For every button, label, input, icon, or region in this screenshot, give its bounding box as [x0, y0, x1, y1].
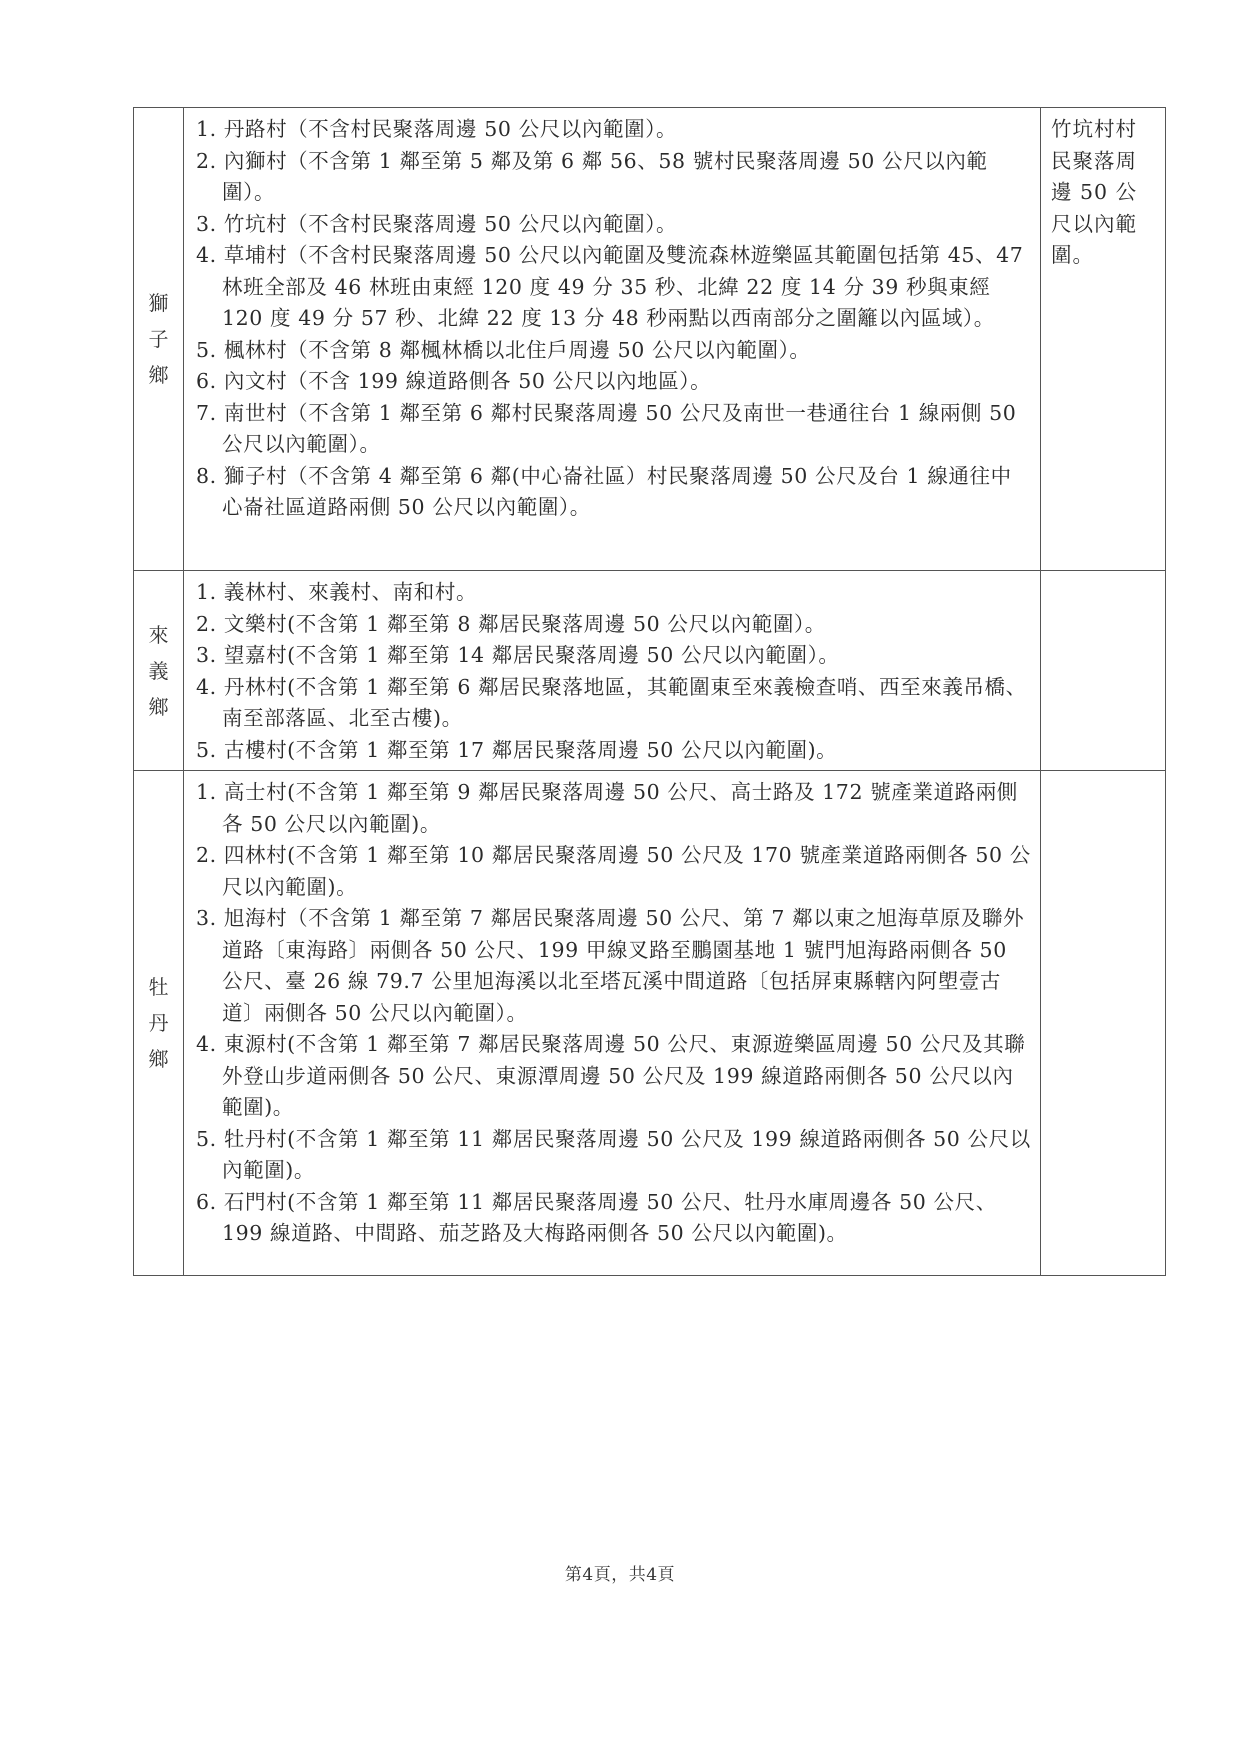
list-item: 6. 石門村(不含第 1 鄰至第 11 鄰居民聚落周邊 50 公尺、牡丹水庫周邊…: [196, 1187, 1032, 1250]
list-item: 2. 文樂村(不含第 1 鄰至第 8 鄰居民聚落周邊 50 公尺以內範圍）。: [196, 609, 1032, 641]
list-item: 3. 旭海村（不含第 1 鄰至第 7 鄰居民聚落周邊 50 公尺、第 7 鄰以東…: [196, 903, 1032, 1029]
village-list: 1. 義林村、來義村、南和村。 2. 文樂村(不含第 1 鄰至第 8 鄰居民聚落…: [184, 571, 1040, 770]
table-row: 牡丹鄉 1. 高士村(不含第 1 鄰至第 9 鄰居民聚落周邊 50 公尺、高士路…: [134, 771, 1166, 1276]
village-list: 1. 丹路村（不含村民聚落周邊 50 公尺以內範圍）。 2. 內獅村（不含第 1…: [184, 108, 1040, 528]
list-item: 8. 獅子村（不含第 4 鄰至第 6 鄰(中心崙社區）村民聚落周邊 50 公尺及…: [196, 461, 1032, 524]
list-item: 2. 內獅村（不含第 1 鄰至第 5 鄰及第 6 鄰 56、58 號村民聚落周邊…: [196, 146, 1032, 209]
page-number: 第4頁，共4頁: [0, 1560, 1240, 1585]
town-cell: 牡丹鄉: [134, 771, 184, 1276]
list-item: 3. 望嘉村(不含第 1 鄰至第 14 鄰居民聚落周邊 50 公尺以內範圍）。: [196, 640, 1032, 672]
town-name: 牡丹鄉: [147, 969, 171, 1077]
note-cell: [1041, 571, 1166, 771]
list-item: 1. 高士村(不含第 1 鄰至第 9 鄰居民聚落周邊 50 公尺、高士路及 17…: [196, 777, 1032, 840]
list-item: 4. 草埔村（不含村民聚落周邊 50 公尺以內範圍及雙流森林遊樂區其範圍包括第 …: [196, 240, 1032, 335]
list-item: 4. 丹林村(不含第 1 鄰至第 6 鄰居民聚落地區，其範圍東至來義檢查哨、西至…: [196, 672, 1032, 735]
note-cell: [1041, 771, 1166, 1276]
content-cell: 1. 高士村(不含第 1 鄰至第 9 鄰居民聚落周邊 50 公尺、高士路及 17…: [184, 771, 1041, 1276]
town-cell: 獅子鄉: [134, 108, 184, 571]
list-item: 1. 丹路村（不含村民聚落周邊 50 公尺以內範圍）。: [196, 114, 1032, 146]
list-item: 5. 楓林村（不含第 8 鄰楓林橋以北住戶周邊 50 公尺以內範圍）。: [196, 335, 1032, 367]
list-item: 3. 竹坑村（不含村民聚落周邊 50 公尺以內範圍）。: [196, 209, 1032, 241]
list-item: 4. 東源村(不含第 1 鄰至第 7 鄰居民聚落周邊 50 公尺、東源遊樂區周邊…: [196, 1029, 1032, 1124]
list-item: 5. 牡丹村(不含第 1 鄰至第 11 鄰居民聚落周邊 50 公尺及 199 線…: [196, 1124, 1032, 1187]
content-cell: 1. 丹路村（不含村民聚落周邊 50 公尺以內範圍）。 2. 內獅村（不含第 1…: [184, 108, 1041, 571]
content-cell: 1. 義林村、來義村、南和村。 2. 文樂村(不含第 1 鄰至第 8 鄰居民聚落…: [184, 571, 1041, 771]
note-text: 竹坑村村民聚落周邊 50 公尺以內範圍。: [1051, 114, 1157, 272]
table-row: 來義鄉 1. 義林村、來義村、南和村。 2. 文樂村(不含第 1 鄰至第 8 鄰…: [134, 571, 1166, 771]
town-name: 獅子鄉: [147, 285, 171, 393]
table-row: 獅子鄉 1. 丹路村（不含村民聚落周邊 50 公尺以內範圍）。 2. 內獅村（不…: [134, 108, 1166, 571]
list-item: 1. 義林村、來義村、南和村。: [196, 577, 1032, 609]
town-name: 來義鄉: [147, 617, 171, 725]
list-item: 5. 古樓村(不含第 1 鄰至第 17 鄰居民聚落周邊 50 公尺以內範圍)。: [196, 735, 1032, 767]
village-list: 1. 高士村(不含第 1 鄰至第 9 鄰居民聚落周邊 50 公尺、高士路及 17…: [184, 771, 1040, 1254]
town-cell: 來義鄉: [134, 571, 184, 771]
regulation-table: 獅子鄉 1. 丹路村（不含村民聚落周邊 50 公尺以內範圍）。 2. 內獅村（不…: [133, 107, 1166, 1276]
note-cell: 竹坑村村民聚落周邊 50 公尺以內範圍。: [1041, 108, 1166, 571]
list-item: 7. 南世村（不含第 1 鄰至第 6 鄰村民聚落周邊 50 公尺及南世一巷通往台…: [196, 398, 1032, 461]
list-item: 6. 內文村（不含 199 線道路側各 50 公尺以內地區）。: [196, 366, 1032, 398]
list-item: 2. 四林村(不含第 1 鄰至第 10 鄰居民聚落周邊 50 公尺及 170 號…: [196, 840, 1032, 903]
